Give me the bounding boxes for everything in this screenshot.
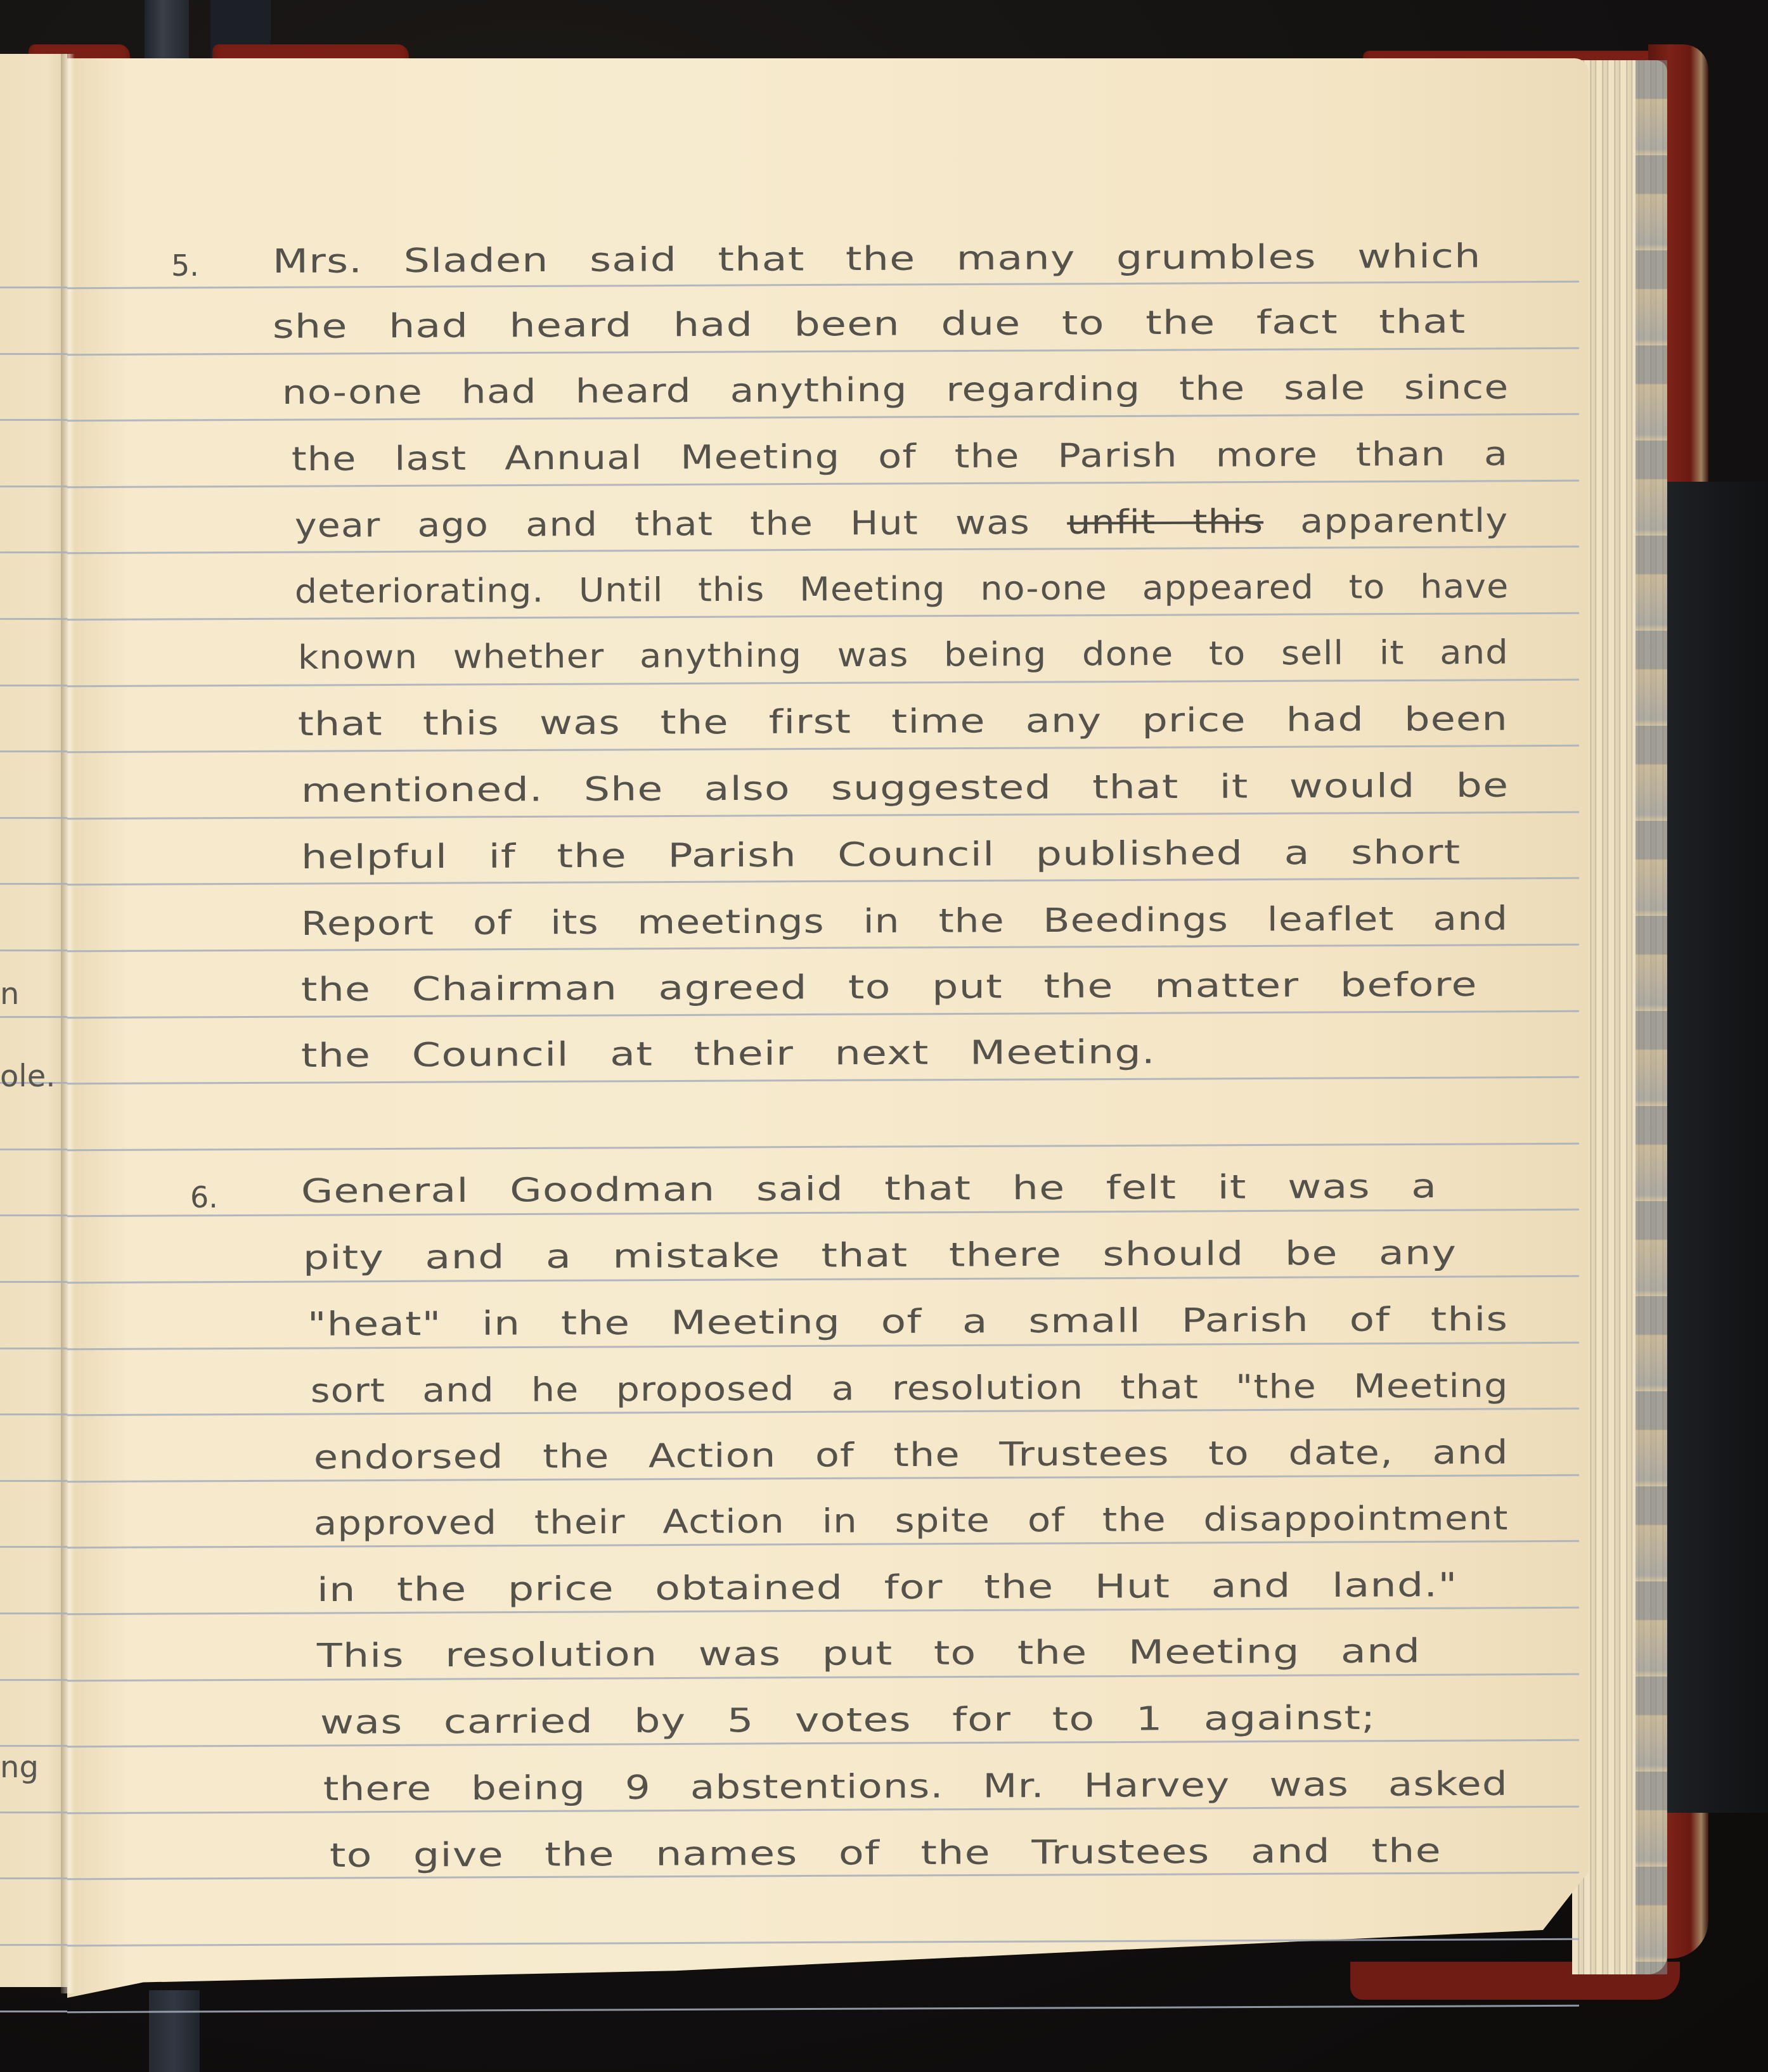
handwritten-line: This resolution was put to the Meeting a… xyxy=(317,1632,1421,1675)
handwritten-line: mentioned. She also suggested that it wo… xyxy=(301,767,1509,810)
handwritten-line: deteriorating. Until this Meeting no-one… xyxy=(295,568,1509,611)
ruled-line-left xyxy=(0,1348,67,1349)
ruled-line-left xyxy=(0,1413,67,1415)
ruled-line-left xyxy=(0,286,67,288)
handwritten-line: the last Annual Meeting of the Parish mo… xyxy=(292,435,1509,479)
left-page xyxy=(0,54,67,1987)
handwritten-line: endorsed the Action of the Trustees to d… xyxy=(314,1434,1509,1477)
gutter-fold xyxy=(61,54,75,1993)
handwritten-line: in the price obtained for the Hut and la… xyxy=(317,1566,1458,1609)
handwritten-line: there being 9 abstentions. Mr. Harvey wa… xyxy=(323,1765,1508,1808)
handwritten-line: was carried by 5 votes for to 1 against; xyxy=(320,1699,1376,1742)
handwritten-line: to give the names of the Trustees and th… xyxy=(330,1832,1442,1875)
handwritten-line: General Goodman said that he felt it was… xyxy=(301,1168,1438,1211)
handwritten-line: pity and a mistake that there should be … xyxy=(303,1234,1457,1277)
ruled-line-left xyxy=(0,1944,67,1946)
ruled-line-left xyxy=(0,949,67,951)
left-page-fragment: ng xyxy=(0,1749,39,1785)
line-segment: apparently xyxy=(1263,502,1508,541)
handwritten-line: the Chairman agreed to put the matter be… xyxy=(301,966,1478,1009)
handwritten-line: she had heard had been due to the fact t… xyxy=(273,303,1466,346)
left-page-fragment: n xyxy=(0,976,19,1012)
ruled-line-left xyxy=(0,1745,67,1747)
handwritten-line: helpful if the Parish Council published … xyxy=(301,833,1461,877)
ruled-line-left xyxy=(0,817,67,819)
left-page-fragment: ole. xyxy=(0,1059,56,1094)
handwritten-line: Report of its meetings in the Beedings l… xyxy=(301,900,1509,943)
handwritten-line: the Council at their next Meeting. xyxy=(301,1033,1156,1075)
handwritten-line: "heat" in the Meeting of a small Parish … xyxy=(307,1301,1509,1344)
ruled-line-left xyxy=(0,1679,67,1681)
handwritten-line: that this was the first time any price h… xyxy=(298,700,1508,743)
handwritten-line: Mrs. Sladen said that the many grumbles … xyxy=(273,238,1481,281)
ruled-line-left xyxy=(0,1811,67,1813)
struck-through-text: unfit this xyxy=(1067,503,1263,541)
ruled-line-left xyxy=(0,685,67,686)
book-cover-black-cloth xyxy=(1658,482,1768,1813)
ruled-line-left xyxy=(0,1546,67,1548)
handwritten-line: year ago and that the Hut was unfit this… xyxy=(295,502,1509,545)
ruled-line-left xyxy=(0,618,67,620)
ruled-line-left xyxy=(0,1480,67,1482)
ruled-line-left xyxy=(0,486,67,487)
ruled-line-left xyxy=(0,1214,67,1216)
item-number: 6. xyxy=(190,1180,218,1214)
ruled-line-left xyxy=(0,883,67,885)
ruled-line-left xyxy=(0,1612,67,1614)
ruled-line-left xyxy=(0,1281,67,1283)
ruled-line-left xyxy=(0,551,67,553)
bookmark-ribbon-bottom xyxy=(149,1990,200,2072)
ruled-line-left xyxy=(0,1016,67,1018)
ruled-line-left xyxy=(0,1149,67,1150)
handwritten-line: known whether anything was being done to… xyxy=(298,634,1509,677)
ruled-line-left xyxy=(0,750,67,752)
handwritten-line: no-one had heard anything regarding the … xyxy=(282,369,1509,412)
ruled-line-left xyxy=(0,2011,67,2012)
handwritten-line: approved their Action in spite of the di… xyxy=(314,1500,1509,1543)
item-number: 5. xyxy=(171,248,199,283)
ruled-line-left xyxy=(0,419,67,421)
ruled-line-left xyxy=(0,353,67,355)
line-segment: year ago and that the Hut was xyxy=(295,504,1068,545)
ruled-line-left xyxy=(0,1877,67,1879)
handwritten-line: sort and he proposed a resolution that "… xyxy=(311,1367,1509,1410)
